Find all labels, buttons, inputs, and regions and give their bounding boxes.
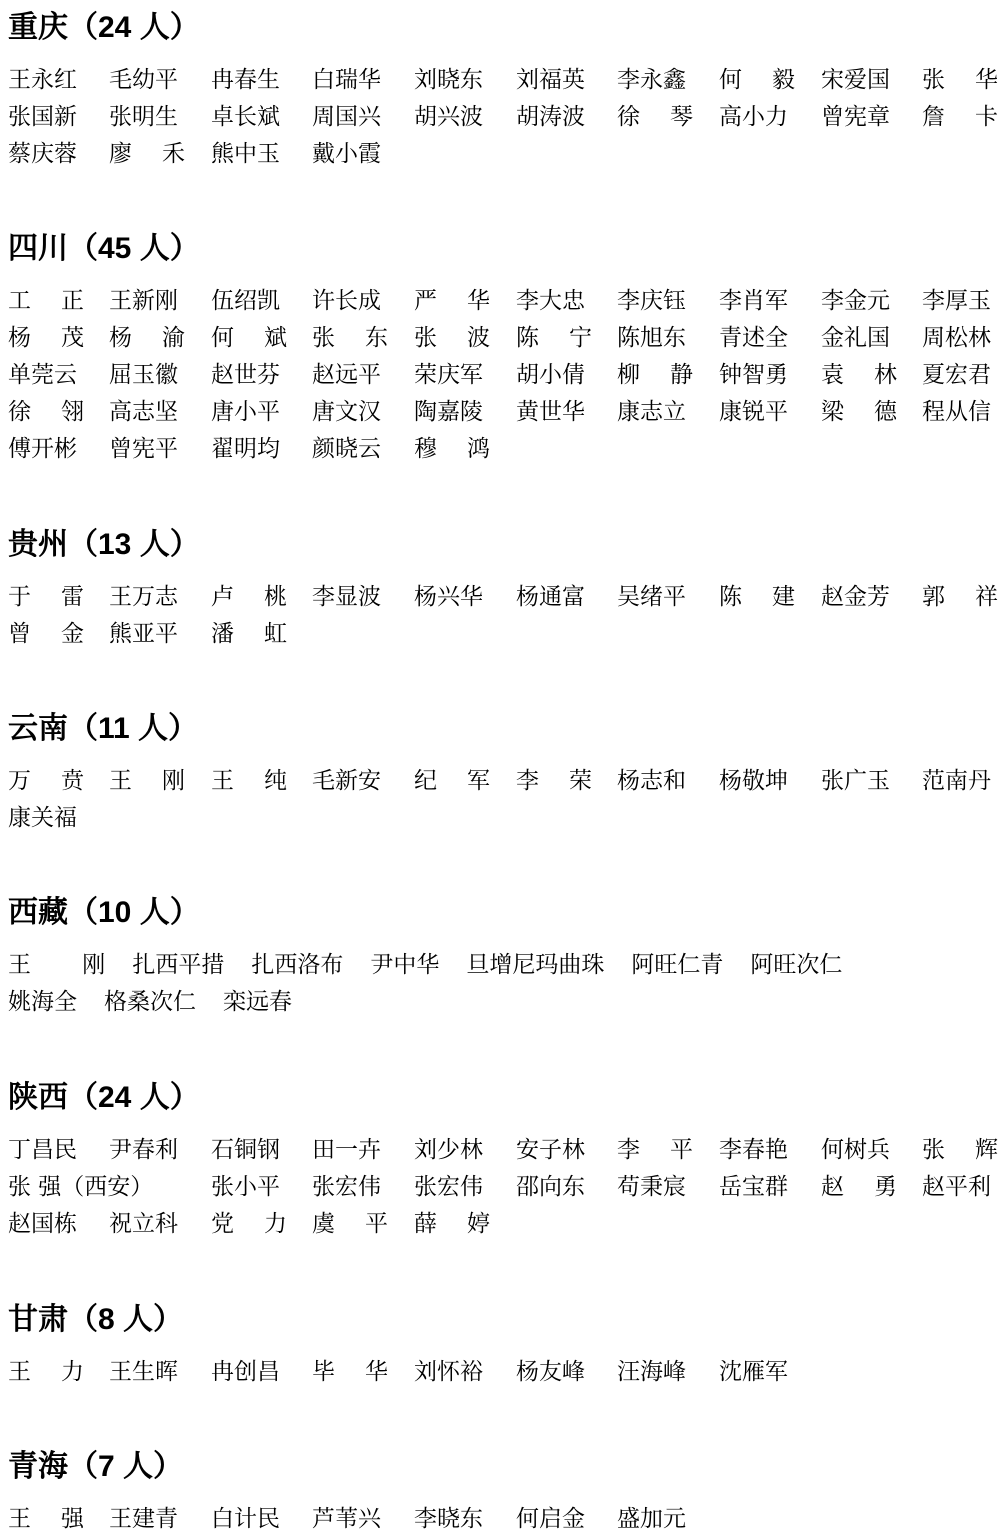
person-name: 于 雷: [8, 579, 84, 616]
person-name: 扎西洛布: [251, 947, 343, 984]
person-name: 高小力: [719, 99, 795, 136]
person-name: 刘福英: [516, 62, 592, 99]
name-row: 王 力王生晖冉创昌毕 华刘怀裕杨友峰汪海峰沈雁军: [8, 1354, 1000, 1391]
name-row: 张国新张明生卓长斌周国兴胡兴波胡涛波徐 琴高小力曾宪章詹 卡: [8, 99, 1000, 136]
person-name: 廖 禾: [109, 136, 185, 173]
person-name: 赵平利: [922, 1169, 998, 1206]
province-section: 四川（45 人）工 正王新刚伍绍凯许长成严 华李大忠李庆钰李肖军李金元李厚玉杨 …: [8, 229, 1000, 468]
person-name: 格桑次仁: [104, 984, 196, 1021]
province-heading: 青海（7 人）: [8, 1447, 1000, 1487]
person-name: 蔡庆蓉: [8, 136, 84, 173]
name-row: 王永红毛幼平冉春生白瑞华刘晓东刘福英李永鑫何 毅宋爱国张 华: [8, 62, 1000, 99]
member-count: （13 人）: [68, 528, 200, 561]
person-name: 冉创昌: [211, 1354, 287, 1391]
person-name: 旦增尼玛曲珠: [466, 947, 604, 984]
person-name: 安子林: [516, 1132, 592, 1169]
member-count: （10 人）: [68, 896, 200, 929]
province-name: 重庆: [8, 10, 68, 45]
person-name: 祝立科: [109, 1206, 185, 1243]
person-name: 张 波: [414, 320, 490, 357]
person-name: 李春艳: [719, 1132, 795, 1169]
person-name: 李大忠: [516, 283, 592, 320]
person-name: 唐文汉: [312, 394, 388, 431]
province-name: 陕西: [8, 1080, 68, 1115]
name-row: 张 强（西安）张小平张宏伟张宏伟邵向东苟秉宸岳宝群赵 勇赵平利: [8, 1169, 1000, 1206]
name-row: 傅开彬曾宪平翟明均颜晓云穆 鸿: [8, 431, 1000, 468]
person-name: 阿旺次仁: [750, 947, 842, 984]
person-name: 纪 军: [414, 763, 490, 800]
province-section: 西藏（10 人）王 刚扎西平措扎西洛布尹中华旦增尼玛曲珠阿旺仁青阿旺次仁姚海全格…: [8, 893, 1000, 1021]
name-list: 王 力王生晖冉创昌毕 华刘怀裕杨友峰汪海峰沈雁军: [8, 1354, 1000, 1391]
province-heading: 四川（45 人）: [8, 229, 1000, 269]
person-name: 苟秉宸: [617, 1169, 693, 1206]
person-name: 杨敬坤: [719, 763, 795, 800]
person-name: 赵国栋: [8, 1206, 84, 1243]
person-name: 党 力: [211, 1206, 287, 1243]
person-name: 周松林: [922, 320, 998, 357]
person-name: 沈雁军: [719, 1354, 795, 1391]
person-name: 芦苇兴: [312, 1501, 388, 1537]
person-name: 工 正: [8, 283, 84, 320]
province-heading: 陕西（24 人）: [8, 1078, 1000, 1118]
person-name: 张广玉: [821, 763, 897, 800]
person-name: 张明生: [109, 99, 185, 136]
person-name: 赵世芬: [211, 357, 287, 394]
name-row: 康关福: [8, 800, 1000, 837]
person-name: 尹春利: [109, 1132, 185, 1169]
person-name: 郭 祥: [922, 579, 998, 616]
province-name: 云南: [8, 711, 68, 746]
person-name: 杨 茂: [8, 320, 84, 357]
person-name: 陶嘉陵: [414, 394, 490, 431]
person-name: 李厚玉: [922, 283, 998, 320]
person-name: 白瑞华: [312, 62, 388, 99]
province-section: 甘肃（8 人）王 力王生晖冉创昌毕 华刘怀裕杨友峰汪海峰沈雁军: [8, 1300, 1000, 1391]
person-name: 李晓东: [414, 1501, 490, 1537]
person-name: 岳宝群: [719, 1169, 795, 1206]
person-name: 陈旭东: [617, 320, 693, 357]
person-name: 李 荣: [516, 763, 592, 800]
province-name: 西藏: [8, 895, 68, 930]
person-name: 周国兴: [312, 99, 388, 136]
person-name: 赵金芳: [821, 579, 897, 616]
province-section: 青海（7 人）王 强王建青白计民芦苇兴李晓东何启金盛加元: [8, 1447, 1000, 1537]
person-name: 张宏伟: [312, 1169, 388, 1206]
person-name: 陈 建: [719, 579, 795, 616]
member-count: （8 人）: [68, 1303, 183, 1336]
person-name: 程从信: [922, 394, 998, 431]
province-heading: 云南（11 人）: [8, 709, 1000, 749]
person-name: 范南丹: [922, 763, 998, 800]
name-row: 丁昌民尹春利石铜钢田一卉刘少林安子林李 平李春艳何树兵张 辉: [8, 1132, 1000, 1169]
person-name: 康志立: [617, 394, 693, 431]
person-name: 王 纯: [211, 763, 287, 800]
person-name: 吴绪平: [617, 579, 693, 616]
person-name: 胡涛波: [516, 99, 592, 136]
name-row: 赵国栋祝立科党 力虞 平薛 婷: [8, 1206, 1000, 1243]
person-name: 穆 鸿: [414, 431, 490, 468]
person-name: 白计民: [211, 1501, 287, 1537]
name-list: 王 强王建青白计民芦苇兴李晓东何启金盛加元: [8, 1501, 1000, 1537]
person-name: 姚海全: [8, 984, 77, 1021]
name-list: 王永红毛幼平冉春生白瑞华刘晓东刘福英李永鑫何 毅宋爱国张 华张国新张明生卓长斌周…: [8, 62, 1000, 173]
person-name: 徐 翎: [8, 394, 84, 431]
person-name: 屈玉徽: [109, 357, 185, 394]
name-row: 曾 金熊亚平潘 虹: [8, 616, 1000, 653]
person-name: 翟明均: [211, 431, 287, 468]
person-name: 杨 渝: [109, 320, 185, 357]
person-name: 李金元: [821, 283, 897, 320]
person-name: 钟智勇: [719, 357, 795, 394]
person-name: 詹 卡: [922, 99, 998, 136]
person-name: 曾宪章: [821, 99, 897, 136]
person-name: 尹中华: [370, 947, 439, 984]
person-name: 李肖军: [719, 283, 795, 320]
person-name: 邵向东: [516, 1169, 592, 1206]
province-section: 陕西（24 人）丁昌民尹春利石铜钢田一卉刘少林安子林李 平李春艳何树兵张 辉张 …: [8, 1078, 1000, 1243]
person-name: 张宏伟: [414, 1169, 490, 1206]
person-name: 赵 勇: [821, 1169, 897, 1206]
person-name: 王生晖: [109, 1354, 185, 1391]
person-name: 严 华: [414, 283, 490, 320]
person-name: 金礼国: [821, 320, 897, 357]
person-name: 毕 华: [312, 1354, 388, 1391]
person-name: 李永鑫: [617, 62, 693, 99]
person-name: 王新刚: [109, 283, 185, 320]
person-name: 阿旺仁青: [631, 947, 723, 984]
person-name: 徐 琴: [617, 99, 693, 136]
person-name: 陈 宁: [516, 320, 592, 357]
person-name: 曾宪平: [109, 431, 185, 468]
person-name: 扎西平措: [132, 947, 224, 984]
person-name: 田一卉: [312, 1132, 388, 1169]
name-row: 工 正王新刚伍绍凯许长成严 华李大忠李庆钰李肖军李金元李厚玉: [8, 283, 1000, 320]
province-section: 重庆（24 人）王永红毛幼平冉春生白瑞华刘晓东刘福英李永鑫何 毅宋爱国张 华张国…: [8, 8, 1000, 173]
person-name: 刘少林: [414, 1132, 490, 1169]
person-name: 许长成: [312, 283, 388, 320]
person-name: 张 华: [922, 62, 998, 99]
person-name: 黄世华: [516, 394, 592, 431]
person-name: 单莞云: [8, 357, 84, 394]
province-heading: 贵州（13 人）: [8, 525, 1000, 565]
person-name: 张 强（西安）: [8, 1169, 153, 1206]
person-name: 刘晓东: [414, 62, 490, 99]
person-name: 栾远春: [223, 984, 292, 1021]
name-row: 于 雷王万志卢 桃李显波杨兴华杨通富吴绪平陈 建赵金芳郭 祥: [8, 579, 1000, 616]
name-list: 于 雷王万志卢 桃李显波杨兴华杨通富吴绪平陈 建赵金芳郭 祥曾 金熊亚平潘 虹: [8, 579, 1000, 653]
person-name: 李显波: [312, 579, 388, 616]
person-name: 梁 德: [821, 394, 897, 431]
person-name: 熊中玉: [211, 136, 287, 173]
person-name: 何启金: [516, 1501, 592, 1537]
person-name: 潘 虹: [211, 616, 287, 653]
person-name: 胡小倩: [516, 357, 592, 394]
person-name: 王建青: [109, 1501, 185, 1537]
person-name: 柳 静: [617, 357, 693, 394]
province-heading: 甘肃（8 人）: [8, 1300, 1000, 1340]
person-name: 张 东: [312, 320, 388, 357]
person-name: 王永红: [8, 62, 84, 99]
member-count: （24 人）: [68, 1081, 200, 1114]
person-name: 盛加元: [617, 1501, 693, 1537]
person-name: 杨兴华: [414, 579, 490, 616]
name-row: 万 贲王 刚王 纯毛新安纪 军李 荣杨志和杨敬坤张广玉范南丹: [8, 763, 1000, 800]
person-name: 王 力: [8, 1354, 84, 1391]
person-name: 康关福: [8, 800, 84, 837]
name-list: 丁昌民尹春利石铜钢田一卉刘少林安子林李 平李春艳何树兵张 辉张 强（西安）张小平…: [8, 1132, 1000, 1243]
province-section: 云南（11 人）万 贲王 刚王 纯毛新安纪 军李 荣杨志和杨敬坤张广玉范南丹康关…: [8, 709, 1000, 837]
name-row: 单莞云屈玉徽赵世芬赵远平荣庆军胡小倩柳 静钟智勇袁 林夏宏君: [8, 357, 1000, 394]
person-name: 宋爱国: [821, 62, 897, 99]
name-list: 万 贲王 刚王 纯毛新安纪 军李 荣杨志和杨敬坤张广玉范南丹康关福: [8, 763, 1000, 837]
member-count: （7 人）: [68, 1450, 183, 1483]
person-name: 毛幼平: [109, 62, 185, 99]
name-row: 王 强王建青白计民芦苇兴李晓东何启金盛加元: [8, 1501, 1000, 1537]
person-name: 张 辉: [922, 1132, 998, 1169]
person-name: 戴小霞: [312, 136, 388, 173]
person-name: 万 贲: [8, 763, 84, 800]
person-name: 高志坚: [109, 394, 185, 431]
province-name: 青海: [8, 1449, 68, 1484]
name-row: 蔡庆蓉廖 禾熊中玉戴小霞: [8, 136, 1000, 173]
member-count: （24 人）: [68, 11, 200, 44]
person-name: 虞 平: [312, 1206, 388, 1243]
person-name: 汪海峰: [617, 1354, 693, 1391]
province-name: 贵州: [8, 527, 68, 562]
person-name: 傅开彬: [8, 431, 84, 468]
name-row: 王 刚扎西平措扎西洛布尹中华旦增尼玛曲珠阿旺仁青阿旺次仁: [8, 947, 1000, 984]
person-name: 卓长斌: [211, 99, 287, 136]
person-name: 何 斌: [211, 320, 287, 357]
person-name: 康锐平: [719, 394, 795, 431]
name-row: 姚海全格桑次仁栾远春: [8, 984, 1000, 1021]
person-name: 卢 桃: [211, 579, 287, 616]
person-name: 袁 林: [821, 357, 897, 394]
person-name: 杨通富: [516, 579, 592, 616]
province-name: 四川: [8, 231, 68, 266]
person-name: 李 平: [617, 1132, 693, 1169]
person-name: 唐小平: [211, 394, 287, 431]
name-list: 王 刚扎西平措扎西洛布尹中华旦增尼玛曲珠阿旺仁青阿旺次仁姚海全格桑次仁栾远春: [8, 947, 1000, 1021]
name-list: 工 正王新刚伍绍凯许长成严 华李大忠李庆钰李肖军李金元李厚玉杨 茂杨 渝何 斌张…: [8, 283, 1000, 468]
person-name: 夏宏君: [922, 357, 998, 394]
person-name: 张国新: [8, 99, 84, 136]
person-name: 赵远平: [312, 357, 388, 394]
person-name: 石铜钢: [211, 1132, 287, 1169]
person-name: 张小平: [211, 1169, 287, 1206]
person-name: 荣庆军: [414, 357, 490, 394]
person-name: 熊亚平: [109, 616, 185, 653]
person-name: 丁昌民: [8, 1132, 84, 1169]
person-name: 颜晓云: [312, 431, 388, 468]
person-name: 王 刚: [8, 947, 127, 984]
person-name: 冉春生: [211, 62, 287, 99]
member-count: （45 人）: [68, 232, 200, 265]
province-heading: 重庆（24 人）: [8, 8, 1000, 48]
person-name: 胡兴波: [414, 99, 490, 136]
person-name: 伍绍凯: [211, 283, 287, 320]
person-name: 王 刚: [109, 763, 185, 800]
person-name: 何 毅: [719, 62, 795, 99]
person-name: 何树兵: [821, 1132, 897, 1169]
province-section: 贵州（13 人）于 雷王万志卢 桃李显波杨兴华杨通富吴绪平陈 建赵金芳郭 祥曾 …: [8, 525, 1000, 653]
person-name: 毛新安: [312, 763, 388, 800]
name-row: 徐 翎高志坚唐小平唐文汉陶嘉陵黄世华康志立康锐平梁 德程从信: [8, 394, 1000, 431]
person-name: 王万志: [109, 579, 185, 616]
person-name: 杨友峰: [516, 1354, 592, 1391]
person-name: 杨志和: [617, 763, 693, 800]
name-row: 杨 茂杨 渝何 斌张 东张 波陈 宁陈旭东青述全金礼国周松林: [8, 320, 1000, 357]
person-name: 王 强: [8, 1501, 84, 1537]
person-name: 曾 金: [8, 616, 84, 653]
person-name: 薛 婷: [414, 1206, 490, 1243]
member-count: （11 人）: [68, 712, 198, 745]
person-name: 李庆钰: [617, 283, 693, 320]
province-name: 甘肃: [8, 1302, 68, 1337]
person-name: 青述全: [719, 320, 795, 357]
province-heading: 西藏（10 人）: [8, 893, 1000, 933]
person-name: 刘怀裕: [414, 1354, 490, 1391]
